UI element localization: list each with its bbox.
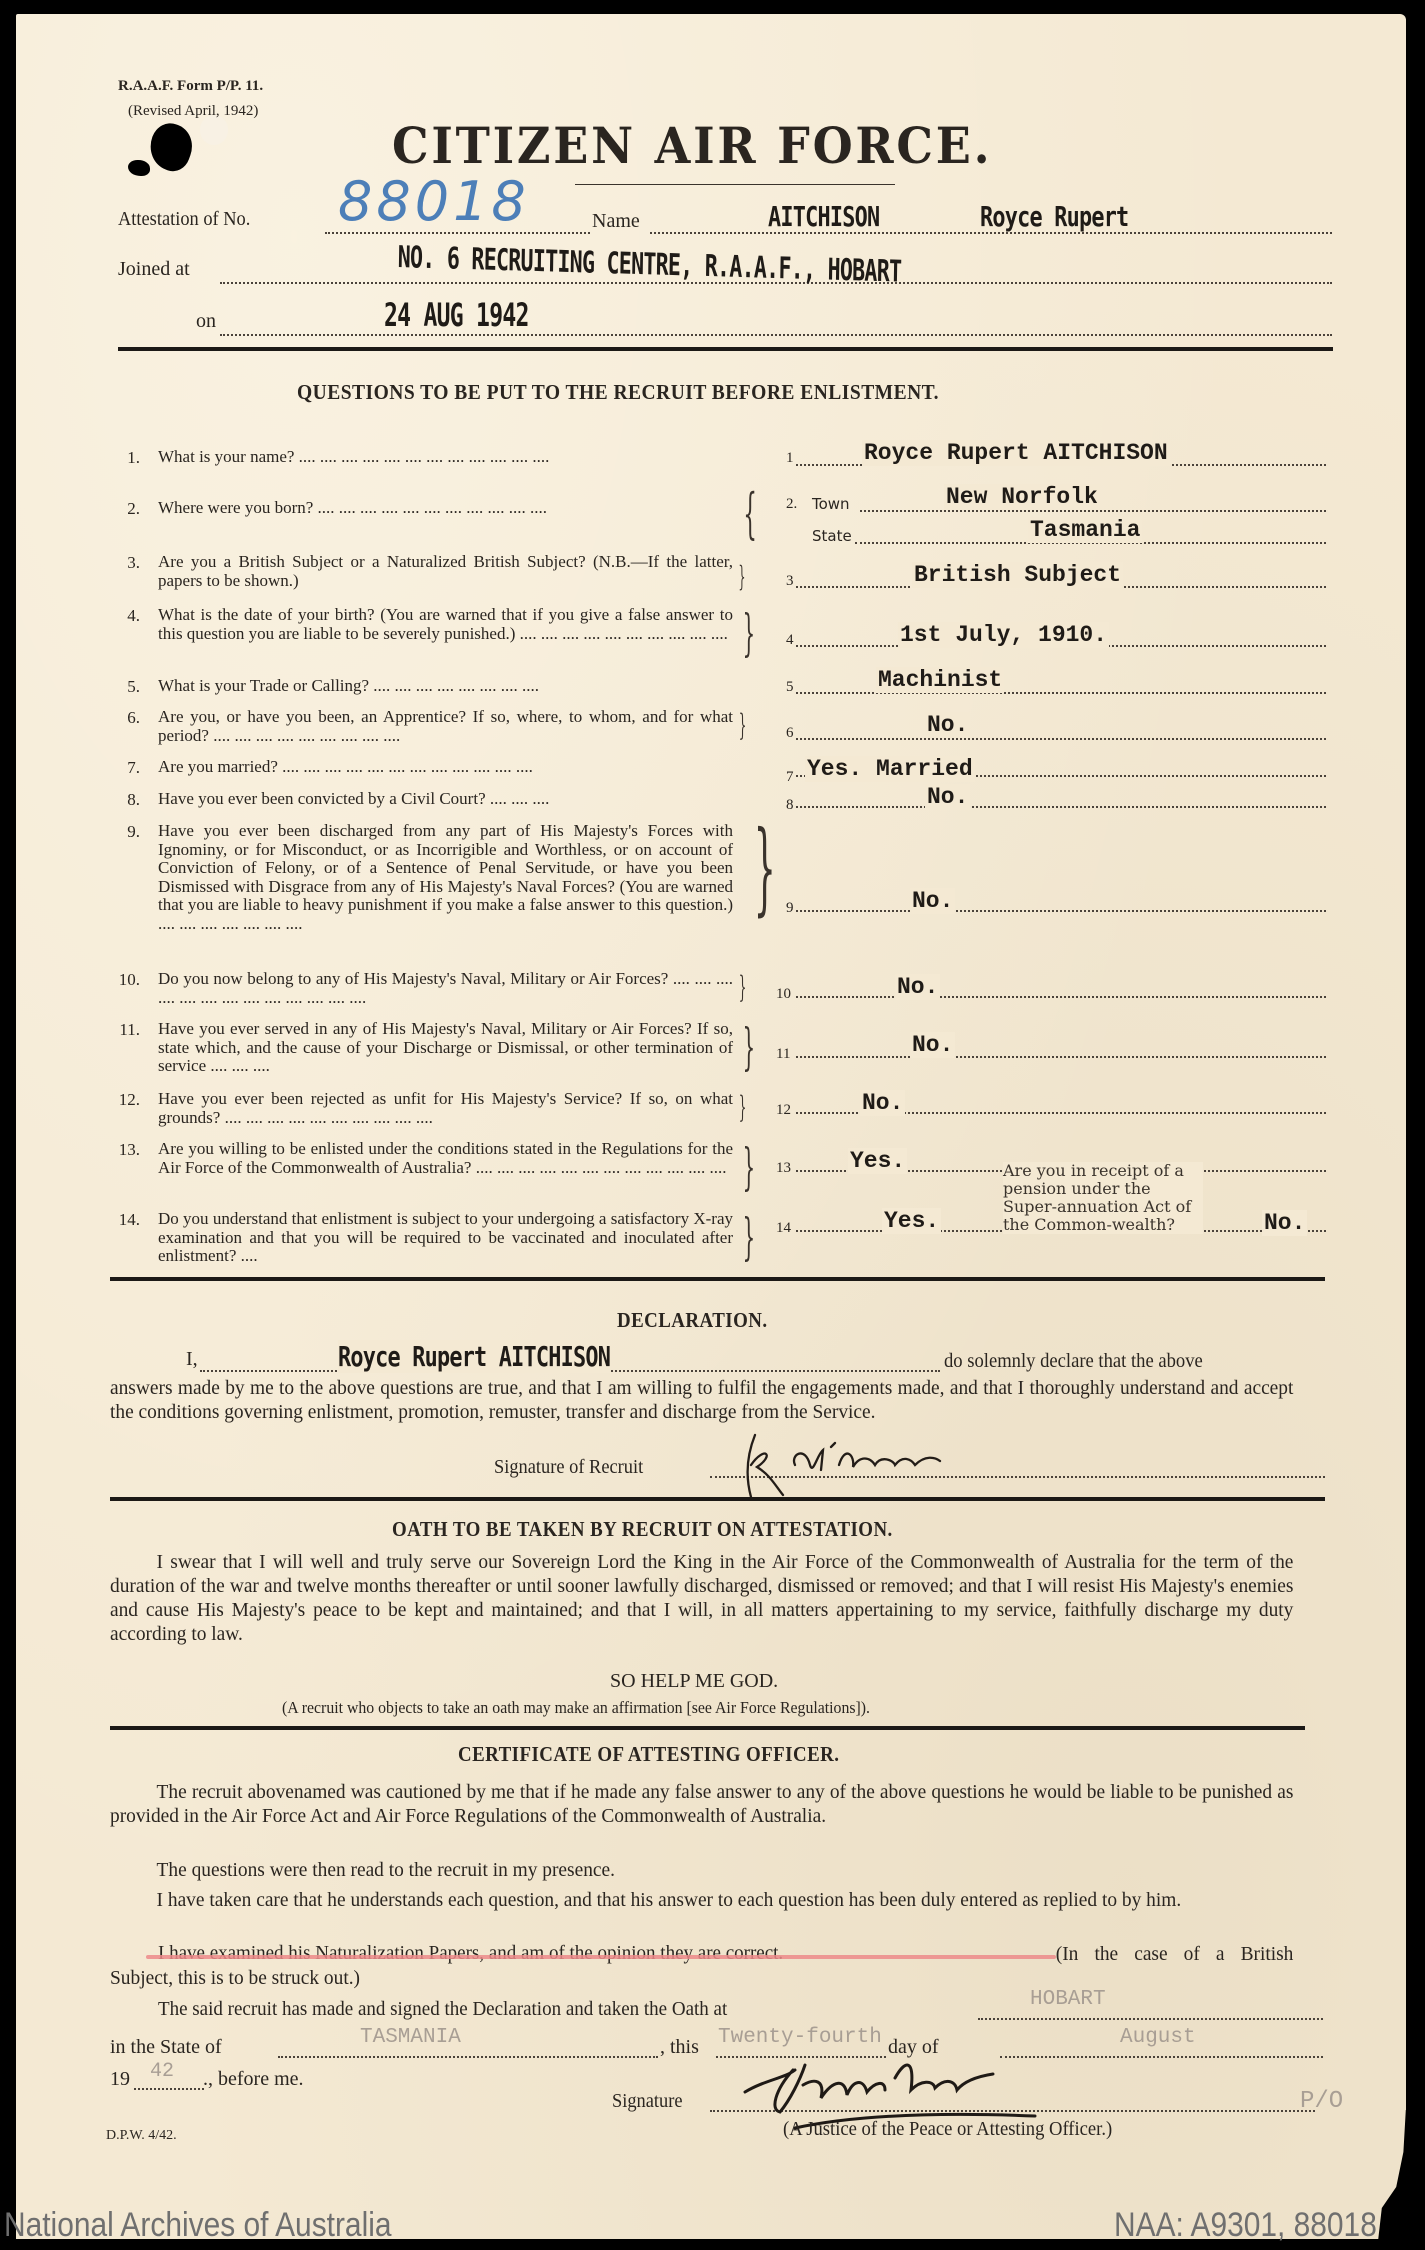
- dotted-line: [796, 910, 1326, 912]
- answer-trade: Machinist: [876, 667, 1004, 693]
- answer-number: 1: [786, 450, 794, 467]
- archive-watermark-right: NAA: A9301, 88018: [1114, 2206, 1377, 2245]
- oath-body: I swear that I will well and truly serve…: [110, 1550, 1293, 1646]
- officer-signature-label: Signature: [612, 2090, 683, 2113]
- declaration-heading: DECLARATION.: [617, 1308, 767, 1333]
- question-number: 4.: [110, 606, 140, 626]
- recruit-signature-label: Signature of Recruit: [494, 1456, 643, 1479]
- punch-hole-small: [128, 160, 150, 176]
- answer-apprentice: No.: [925, 712, 970, 738]
- brace-icon: }: [743, 604, 756, 662]
- section-divider: [110, 1497, 1325, 1501]
- question-number: 10.: [110, 970, 140, 990]
- answer-discharged: No.: [910, 888, 955, 914]
- certificate-para4-rest: (In the case of a British Subject, this …: [110, 1942, 1293, 1990]
- answer-xray: Yes.: [882, 1208, 941, 1234]
- officer-rank: P/O: [1300, 2088, 1343, 2115]
- answer-pension: No.: [1262, 1210, 1307, 1236]
- section-divider: [118, 347, 1333, 351]
- brace-icon: }: [739, 970, 747, 1005]
- dotted-line: [796, 1056, 1326, 1058]
- question-number: 13.: [110, 1140, 140, 1160]
- answer-number: 14: [776, 1220, 791, 1237]
- declaration-prefix: I,: [186, 1348, 198, 1371]
- officer-caption: (A Justice of the Peace or Attesting Off…: [783, 2118, 1112, 2141]
- question-number: 3.: [110, 553, 140, 573]
- surname-stamp: AITCHISON: [768, 200, 879, 233]
- oath-note: (A recruit who objects to take an oath m…: [282, 1698, 870, 1718]
- answer-willing: Yes.: [848, 1148, 907, 1174]
- question-text: What is the date of your birth? (You are…: [158, 606, 733, 643]
- questions-heading: QUESTIONS TO BE PUT TO THE RECRUIT BEFOR…: [297, 380, 939, 405]
- dotted-line: [860, 510, 1326, 512]
- question-text: Have you ever been discharged from any p…: [158, 822, 733, 933]
- declaration-body: answers made by me to the above question…: [110, 1376, 1293, 1424]
- title-underline: [575, 184, 895, 185]
- attestation-number: 88018: [338, 170, 530, 233]
- answer-number: 3: [786, 573, 794, 590]
- question-number: 2.: [110, 499, 140, 519]
- answer-nationality: British Subject: [912, 562, 1123, 588]
- answer-birthdate: 1st July, 1910.: [898, 622, 1109, 648]
- question-number: 11.: [110, 1020, 140, 1040]
- declaration-name-stamp: Royce Rupert AITCHISON: [338, 1340, 610, 1373]
- question-number: 6.: [110, 708, 140, 728]
- answer-number: 5: [786, 679, 794, 696]
- question-number: 7.: [110, 758, 140, 778]
- answer-number: 12: [776, 1102, 791, 1119]
- answer-rejected: No.: [860, 1090, 905, 1116]
- question-text: Are you a British Subject or a Naturaliz…: [158, 553, 733, 590]
- answer-number: 4: [786, 632, 794, 649]
- answer-birth-state: Tasmania: [1028, 517, 1142, 543]
- dotted-line: [278, 2056, 658, 2058]
- name-label: Name: [592, 210, 640, 233]
- brace-icon: }: [739, 708, 747, 743]
- attestation-state: TASMANIA: [360, 2026, 461, 2049]
- year-prefix: 19: [110, 2068, 130, 2091]
- answer-number: 11: [776, 1046, 790, 1063]
- question-text: Have you ever served in any of His Majes…: [158, 1020, 733, 1076]
- given-names-stamp: Royce Rupert: [980, 200, 1128, 233]
- oath-heading: OATH TO BE TAKEN BY RECRUIT ON ATTESTATI…: [392, 1517, 893, 1542]
- question-number: 8.: [110, 790, 140, 810]
- dotted-line: [796, 996, 1326, 998]
- question-text: Have you ever been convicted by a Civil …: [158, 790, 733, 810]
- question-number: 5.: [110, 677, 140, 697]
- printer-code: D.P.W. 4/42.: [106, 2128, 177, 2144]
- dotted-line: [796, 806, 1326, 808]
- page-title: CITIZEN AIR FORCE.: [392, 116, 992, 175]
- answer-married: Yes. Married: [805, 756, 975, 782]
- before-me: ., before me.: [203, 2068, 304, 2091]
- question-text: Are you, or have you been, an Apprentice…: [158, 708, 733, 745]
- answer-served: No.: [910, 1032, 955, 1058]
- answer-number: 6: [786, 725, 794, 742]
- brace-icon: }: [743, 1208, 756, 1266]
- state-label: State: [812, 527, 852, 545]
- dotted-line: [796, 738, 1326, 740]
- oath-at-label: The said recruit has made and signed the…: [158, 1998, 727, 2021]
- answer-number: 13: [776, 1160, 791, 1177]
- answer-birth-town: New Norfolk: [944, 484, 1100, 510]
- form-id: R.A.A.F. Form P/P. 11.: [118, 78, 263, 95]
- attestation-year: 42: [150, 2060, 174, 2083]
- question-text: What is your name? .... .... .... .... .…: [158, 448, 733, 468]
- answer-convicted: No.: [925, 784, 970, 810]
- certificate-para1: The recruit abovenamed was cautioned by …: [110, 1780, 1293, 1828]
- dotted-line: [134, 2088, 204, 2090]
- brace-icon: }: [743, 1018, 756, 1076]
- answer-name: Royce Rupert AITCHISON: [862, 440, 1170, 466]
- pension-question: Are you in receipt of a pension under th…: [1003, 1162, 1203, 1234]
- dotted-line: [978, 2018, 1323, 2020]
- oath-location: HOBART: [1030, 1988, 1106, 2011]
- brace-icon: }: [743, 1138, 756, 1196]
- brace-icon: }: [739, 1090, 747, 1125]
- question-number: 12.: [110, 1090, 140, 1110]
- question-text: Have you ever been rejected as unfit for…: [158, 1090, 733, 1127]
- question-text: Do you understand that enlistment is sub…: [158, 1210, 733, 1266]
- question-text: Are you married? .... .... .... .... ...…: [158, 758, 733, 778]
- question-text: Are you willing to be enlisted under the…: [158, 1140, 733, 1177]
- question-number: 9.: [110, 822, 140, 842]
- dotted-line: [220, 334, 1332, 336]
- question-number: 14.: [110, 1210, 140, 1230]
- on-label: on: [196, 310, 216, 333]
- certificate-para2: The questions were then read to the recr…: [110, 1858, 1293, 1882]
- section-divider: [110, 1726, 1305, 1730]
- question-number: 1.: [110, 448, 140, 468]
- answer-number: 10: [776, 986, 791, 1003]
- answer-number: 9: [786, 900, 794, 917]
- town-label: Town: [812, 495, 850, 513]
- section-divider: [110, 1277, 1325, 1281]
- answer-number: 7: [786, 769, 794, 786]
- joined-label: Joined at: [118, 258, 190, 281]
- brace-icon: {: [743, 482, 757, 545]
- certificate-heading: CERTIFICATE OF ATTESTING OFFICER.: [458, 1742, 839, 1767]
- form-revised: (Revised April, 1942): [128, 103, 258, 120]
- recruit-signature: [735, 1425, 1015, 1505]
- declaration-line1: do solemnly declare that the above: [944, 1350, 1203, 1373]
- oath-closing: SO HELP ME GOD.: [610, 1670, 778, 1693]
- brace-icon: }: [754, 818, 776, 918]
- answer-number: 8: [786, 797, 794, 814]
- date-stamp: 24 AUG 1942: [384, 296, 529, 334]
- this-label: , this: [660, 2036, 699, 2059]
- attestation-label: Attestation of No.: [118, 208, 250, 231]
- question-text: Do you now belong to any of His Majesty'…: [158, 970, 733, 1007]
- question-text: What is your Trade or Calling? .... ....…: [158, 677, 733, 697]
- question-text: Where were you born? .... .... .... ....…: [158, 499, 733, 519]
- archive-watermark-left: National Archives of Australia: [4, 2206, 392, 2245]
- attestation-month: August: [1120, 2026, 1196, 2049]
- state-of-label: in the State of: [110, 2036, 222, 2059]
- certificate-para3: I have taken care that he understands ea…: [110, 1888, 1293, 1912]
- answer-belong: No.: [895, 974, 940, 1000]
- answer-number: 2.: [786, 496, 797, 513]
- brace-icon: }: [738, 560, 745, 593]
